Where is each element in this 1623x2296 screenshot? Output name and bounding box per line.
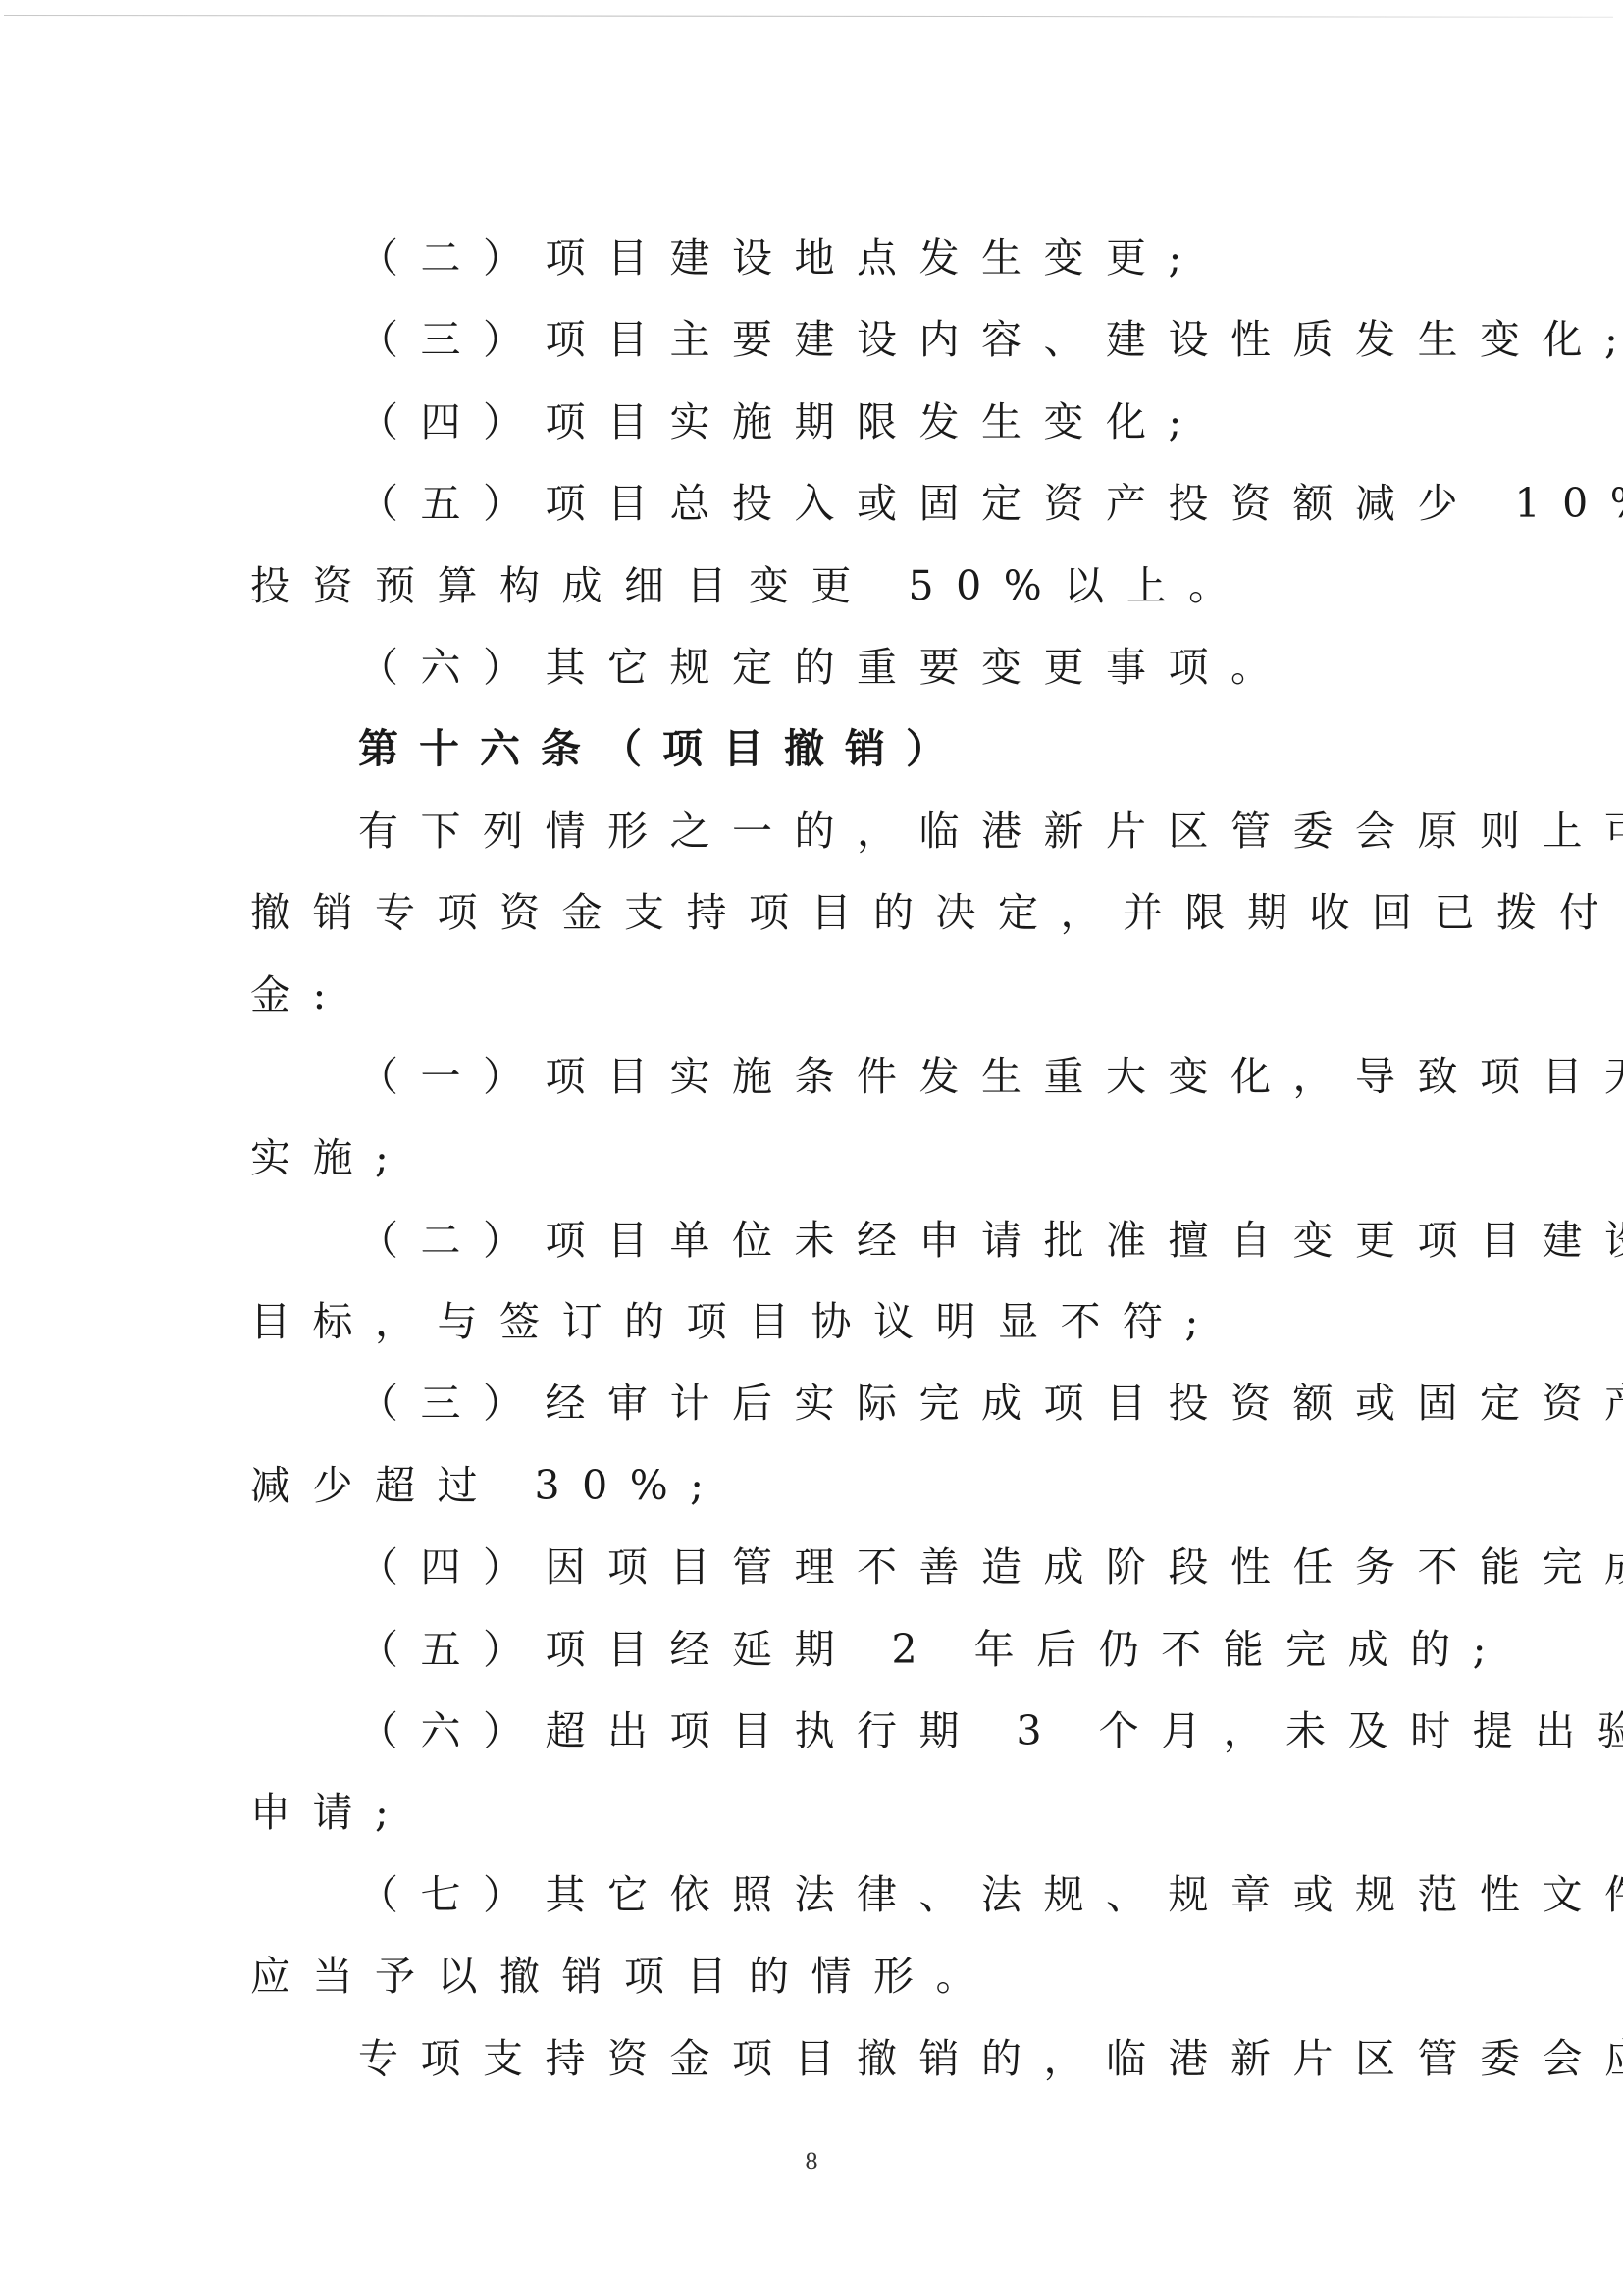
clause-5-continuation: 投资预算构成细目变更 50%以上。 [250,546,1388,627]
clause-2-location-change: （二）项目建设地点发生变更; [250,218,1388,299]
revoke-item-3-cont: 减少超过 30%; [250,1445,1388,1527]
revoke-item-7-cont: 应当予以撤销项目的情形。 [250,1936,1388,2017]
article-16-intro-cont-1: 撤销专项资金支持项目的决定，并限期收回已拨付的专项资 [250,872,1388,954]
article-16-intro: 有下列情形之一的，临港新片区管委会原则上可以做出 [250,791,1388,872]
article-16-heading: 第十六条（项目撤销） [250,708,1388,790]
clause-4-period-change: （四）项目实施期限发生变化; [250,382,1388,463]
page-number: 8 [0,2147,1623,2176]
revocation-followup-paragraph: 专项支持资金项目撤销的，临港新片区管委会应当督促 [250,2018,1388,2100]
revoke-item-6: （六）超出项目执行期 3 个月，未及时提出验收或延期 [250,1691,1388,1772]
article-16-intro-cont-2: 金: [250,955,1388,1036]
revoke-item-2-cont: 目标，与签订的项目协议明显不符; [250,1281,1388,1363]
scan-edge-line [4,15,1613,18]
document-body: （二）项目建设地点发生变更; （三）项目主要建设内容、建设性质发生变化; （四）… [250,218,1388,2100]
clause-3-content-change: （三）项目主要建设内容、建设性质发生变化; [250,299,1388,381]
revoke-item-2: （二）项目单位未经申请批准擅自变更项目建设内容和 [250,1200,1388,1281]
revoke-item-1: （一）项目实施条件发生重大变化，导致项目无法继续 [250,1036,1388,1118]
revoke-item-1-cont: 实施; [250,1118,1388,1199]
revoke-item-6-cont: 申请; [250,1772,1388,1853]
clause-6-other-changes: （六）其它规定的重要变更事项。 [250,627,1388,708]
clause-5-investment-change: （五）项目总投入或固定资产投资额减少 10%及以上、 [250,463,1388,545]
revoke-item-3: （三）经审计后实际完成项目投资额或固定资产投资额 [250,1363,1388,1444]
revoke-item-4: （四）因项目管理不善造成阶段性任务不能完成的; [250,1527,1388,1608]
revoke-item-5: （五）项目经延期 2 年后仍不能完成的; [250,1609,1388,1691]
revoke-item-7: （七）其它依照法律、法规、规章或规范性文件规定， [250,1854,1388,1936]
